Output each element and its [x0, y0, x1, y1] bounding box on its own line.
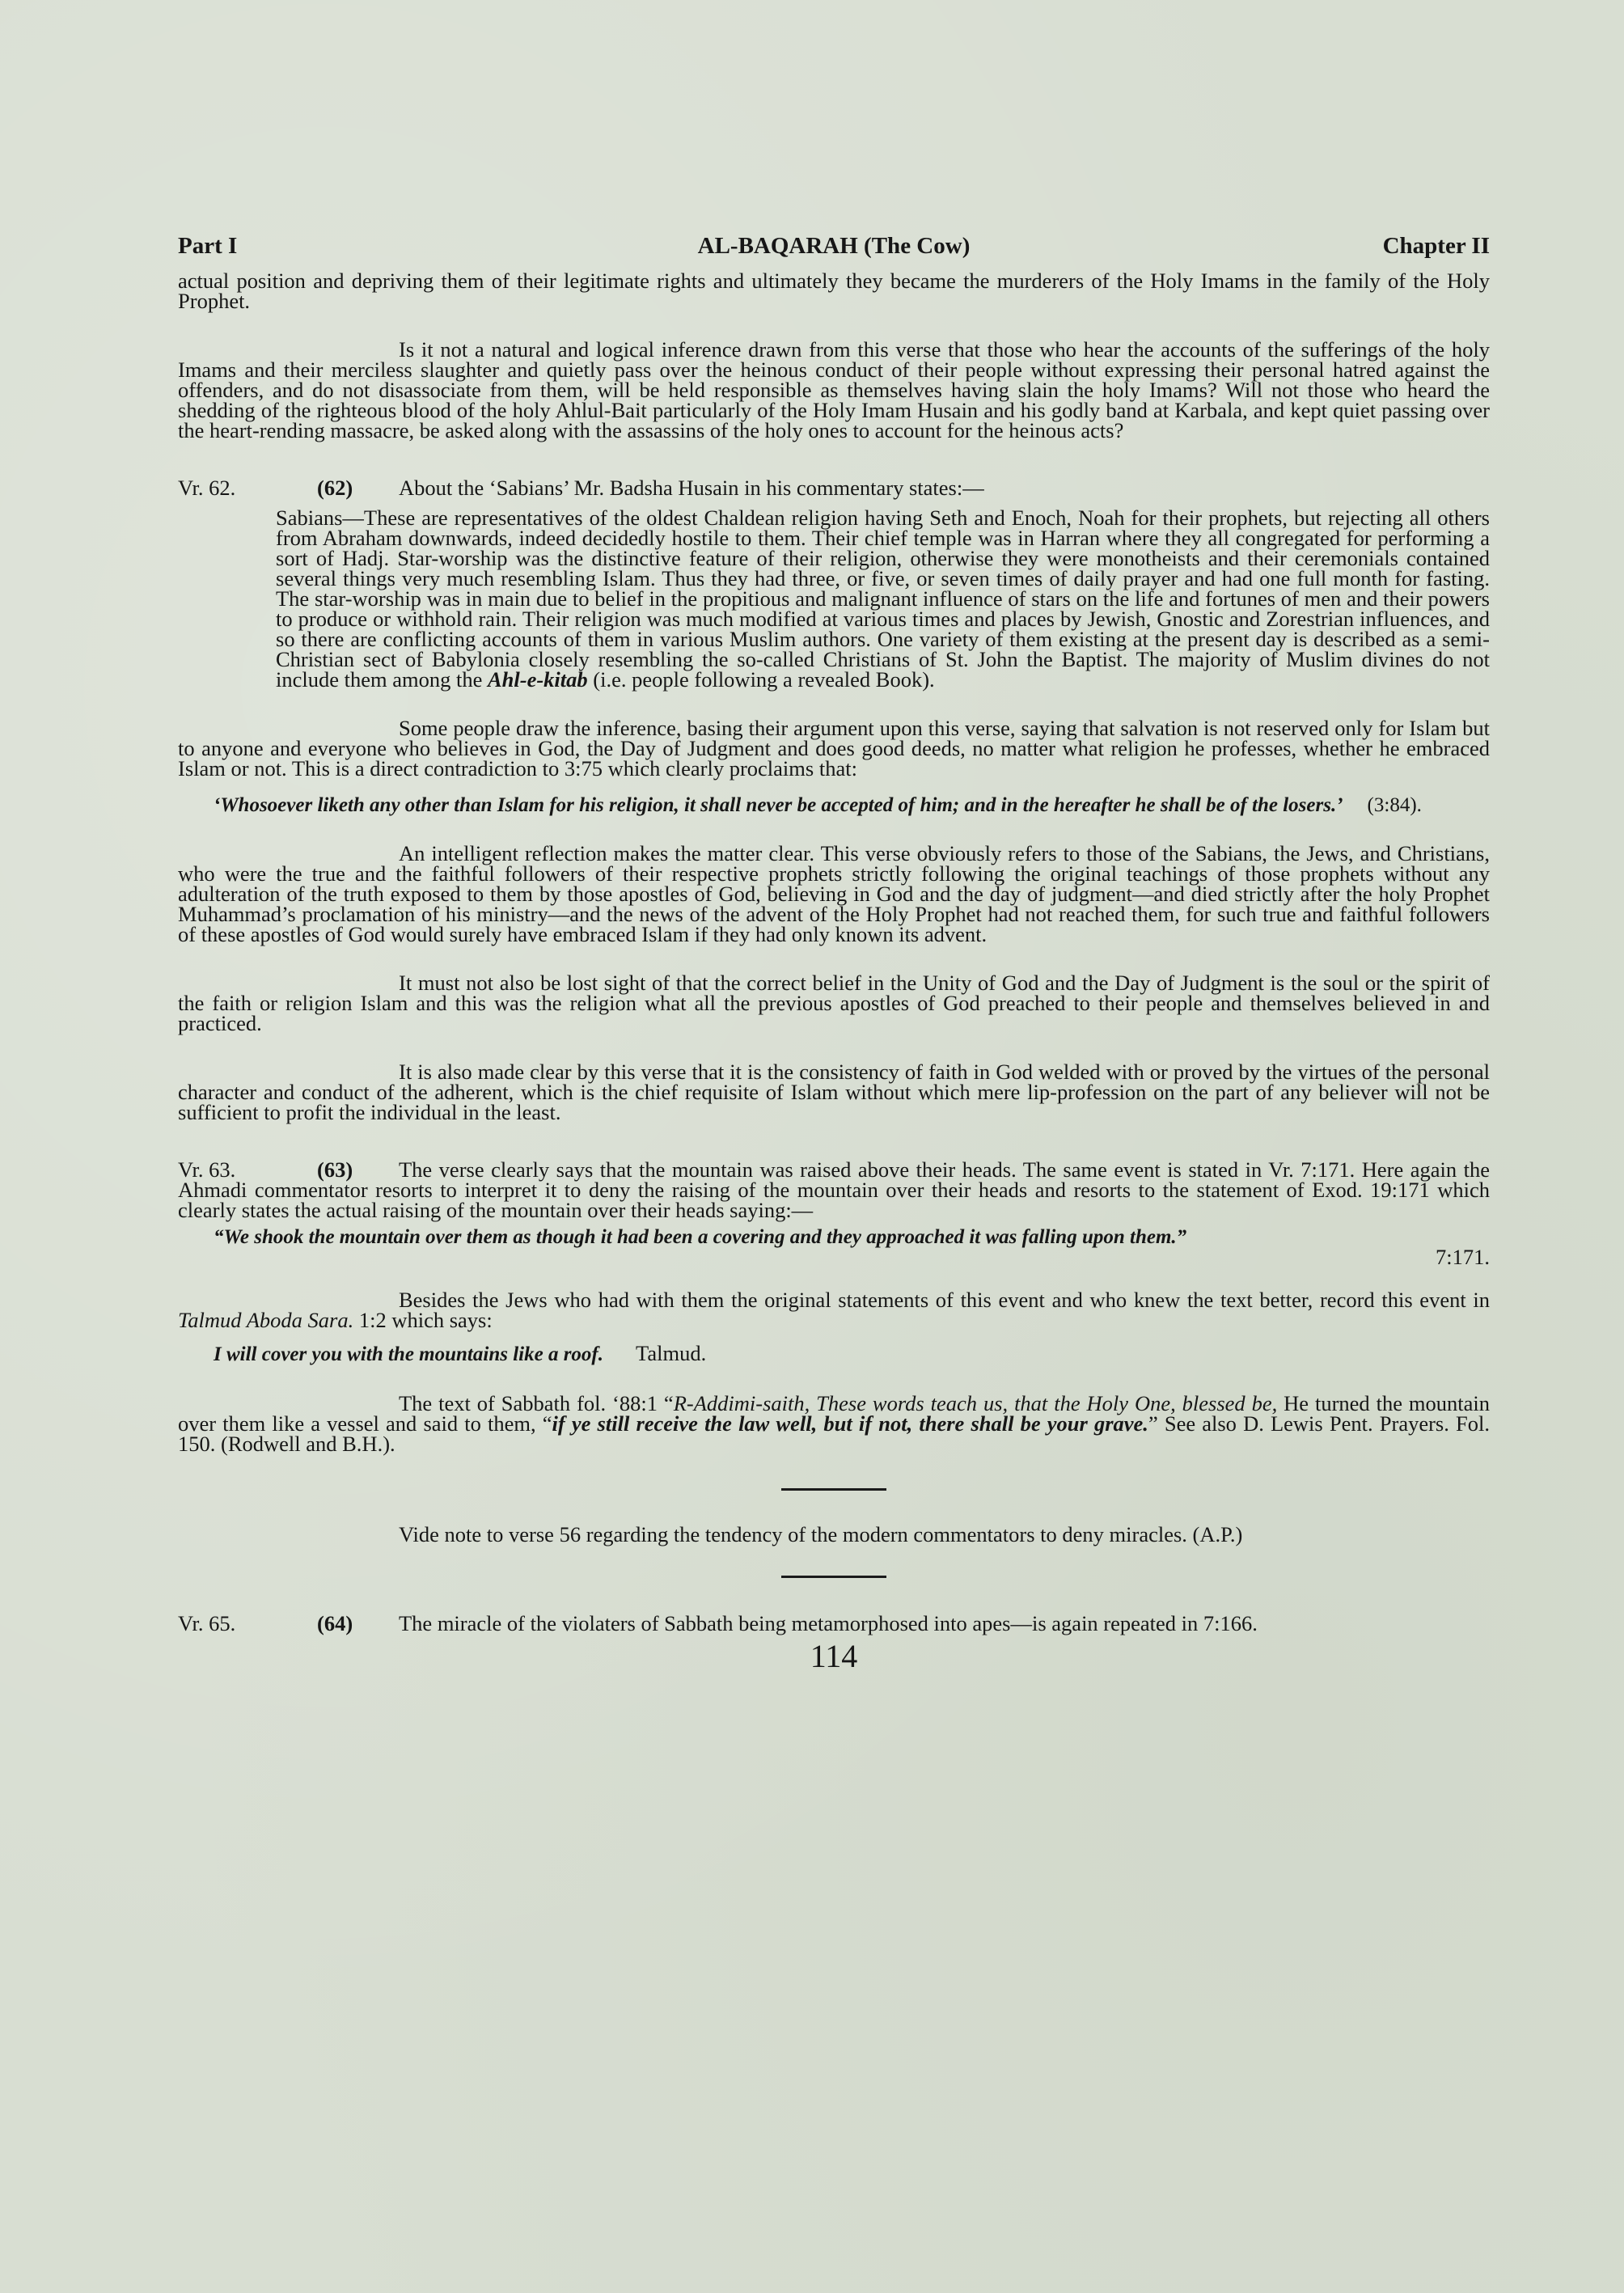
talmud-title: Talmud Aboda Sara. — [178, 1308, 353, 1332]
page-number: 114 — [178, 1639, 1490, 1674]
ahl-e-kitab-term: Ahl-e-kitab — [488, 667, 588, 692]
verse-ref: Vr. 62. — [178, 478, 235, 498]
paragraph-reflection: An intelligent reflection makes the matt… — [178, 844, 1490, 945]
paragraph-salvation-inference: Some people draw the inference, basing t… — [178, 718, 1490, 779]
header-chapter: Chapter II — [1383, 228, 1490, 264]
note-number: (63) — [317, 1160, 353, 1180]
citation-text: ‘Whosoever liketh any other than Islam f… — [214, 794, 1343, 816]
section-divider — [781, 1576, 886, 1578]
sabians-quote-tail: (i.e. people following a revealed Book). — [588, 667, 935, 692]
verse-63-heading: Vr. 63. (63) The verse clearly says that… — [178, 1160, 1490, 1221]
talmud-quote: I will cover you with the mountains like… — [214, 1343, 603, 1365]
citation-ref: (3:84). — [1368, 794, 1422, 816]
besides-text-end: 1:2 which says: — [353, 1308, 493, 1332]
paragraph-unity: It must not also be lost sight of that t… — [178, 973, 1490, 1034]
note-number: (64) — [317, 1614, 353, 1634]
verse-ref: Vr. 65. — [178, 1614, 235, 1634]
verse-65-heading: Vr. 65. (64) The miracle of the violater… — [178, 1614, 1490, 1634]
verse-intro: About the ‘Sabians’ Mr. Badsha Husain in… — [399, 476, 984, 500]
section-divider — [781, 1488, 886, 1491]
verse-ref: Vr. 63. — [178, 1160, 235, 1180]
sabbath-quote-2: if ye still receive the law well, but if… — [552, 1411, 1148, 1436]
verse-63-text: The verse clearly says that the mountain… — [178, 1157, 1490, 1222]
mountain-quote: “We shook the mountain over them as thou… — [214, 1227, 1490, 1247]
quran-citation: ‘Whosoever liketh any other than Islam f… — [214, 795, 1490, 815]
paragraph-sabbath-text: The text of Sabbath fol. ‘88:1 “R-Addimi… — [178, 1394, 1490, 1454]
besides-text: Besides the Jews who had with them the o… — [399, 1288, 1490, 1312]
mountain-quote-text: “We shook the mountain over them as thou… — [214, 1226, 1186, 1248]
paragraph-continuation: actual position and depriving them of th… — [178, 271, 1490, 311]
verse-62-heading: Vr. 62. (62) About the ‘Sabians’ Mr. Bad… — [178, 478, 1490, 498]
paragraph-besides-jews: Besides the Jews who had with them the o… — [178, 1290, 1490, 1331]
header-title: AL-BAQARAH (The Cow) — [178, 228, 1490, 264]
vide-note: Vide note to verse 56 regarding the tend… — [178, 1525, 1490, 1545]
talmud-source: Talmud. — [636, 1341, 706, 1365]
mountain-quote-ref: 7:171. — [178, 1247, 1490, 1267]
paragraph-inference-question: Is it not a natural and logical inferenc… — [178, 340, 1490, 441]
paragraph-consistency: It is also made clear by this verse that… — [178, 1062, 1490, 1123]
note-number: (62) — [317, 478, 353, 498]
running-head: Part I AL-BAQARAH (The Cow) Chapter II — [178, 228, 1490, 264]
sabians-quote: Sabians—These are representatives of the… — [276, 508, 1490, 690]
page: Part I AL-BAQARAH (The Cow) Chapter II a… — [178, 228, 1490, 1674]
verse-65-text: The miracle of the violaters of Sabbath … — [399, 1611, 1258, 1635]
sabians-quote-main: Sabians—These are representatives of the… — [276, 506, 1490, 692]
talmud-quote-line: I will cover you with the mountains like… — [214, 1343, 1490, 1364]
